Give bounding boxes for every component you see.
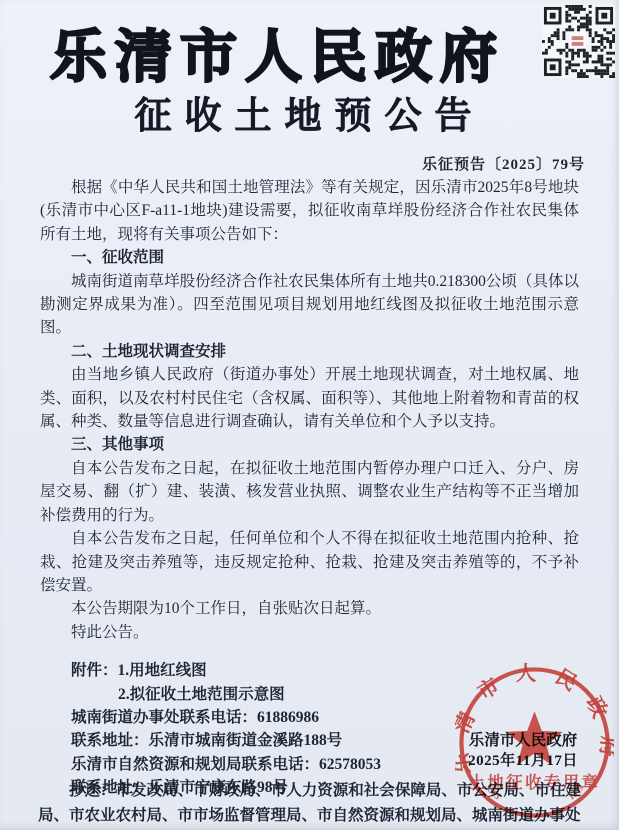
doc-number: 乐征预告〔2025〕79号 (422, 153, 585, 174)
section-2-heading: 二、土地现状调查安排 (40, 340, 579, 363)
notice-period-line: 本公告期限为10个工作日，自张贴次日起算。 (40, 597, 579, 620)
closing-line: 特此公告。 (40, 621, 579, 644)
notice-title: 征收土地预公告 (0, 94, 619, 140)
section-1-paragraph: 城南街道南草垟股份经济合作社农民集体所有土地共0.218300公顷（具体以勘测定… (40, 270, 579, 340)
signature-date: 2025年11月17日 (463, 751, 583, 771)
section-2-paragraph: 由当地乡镇人民政府（街道办事处）开展土地现状调查，对土地权属、地类、面积，以及农… (40, 363, 579, 433)
section-3-heading: 三、其他事项 (40, 433, 579, 456)
notice-body: 根据《中华人民共和国土地管理法》等有关规定，因乐清市2025年8号地块(乐清市中… (0, 176, 619, 800)
attachments-label: 附件： (71, 662, 118, 679)
signature-org: 乐清市人民政府 (463, 731, 583, 751)
attachment-line-1: 附件：1.用地红线图 (40, 659, 579, 682)
cc-line: 抄送：市发改局、市财政局、市人力资源和社会保障局、市公安局、市住建局、市农业农村… (38, 779, 581, 828)
attachments-block: 附件：1.用地红线图 2.拟征收土地范围示意图 (40, 659, 579, 706)
cc-footer: 抄送：市发改局、市财政局、市人力资源和社会保障局、市公安局、市住建局、市农业农村… (0, 779, 619, 828)
section-3-paragraph-2: 自本公告发布之日起，任何单位和个人不得在拟征收土地范围内抢种、抢栽、抢建及突击养… (40, 527, 579, 597)
attachment-item-1: 1.用地红线图 (118, 662, 207, 679)
org-title: 乐清市人民政府 (0, 26, 555, 90)
notice-document-page: 乐清市人民政府 征收土地预公告 乐征预告〔2025〕79号 根据《中华人民共和国… (0, 0, 619, 830)
attachment-item-2: 2.拟征收土地范围示意图 (40, 683, 579, 706)
contact-phone-chengnan: 城南街道办事处联系电话：61886986 (40, 706, 579, 729)
section-3-paragraph-1: 自本公告发布之日起，在拟征收土地范围内暂停办理户口迁入、分户、房屋交易、翻（扩）… (40, 457, 579, 527)
intro-paragraph: 根据《中华人民共和国土地管理法》等有关规定，因乐清市2025年8号地块(乐清市中… (40, 176, 579, 246)
section-1-heading: 一、征收范围 (40, 246, 579, 269)
signature-block: 乐清市人民政府 2025年11月17日 (463, 731, 583, 771)
